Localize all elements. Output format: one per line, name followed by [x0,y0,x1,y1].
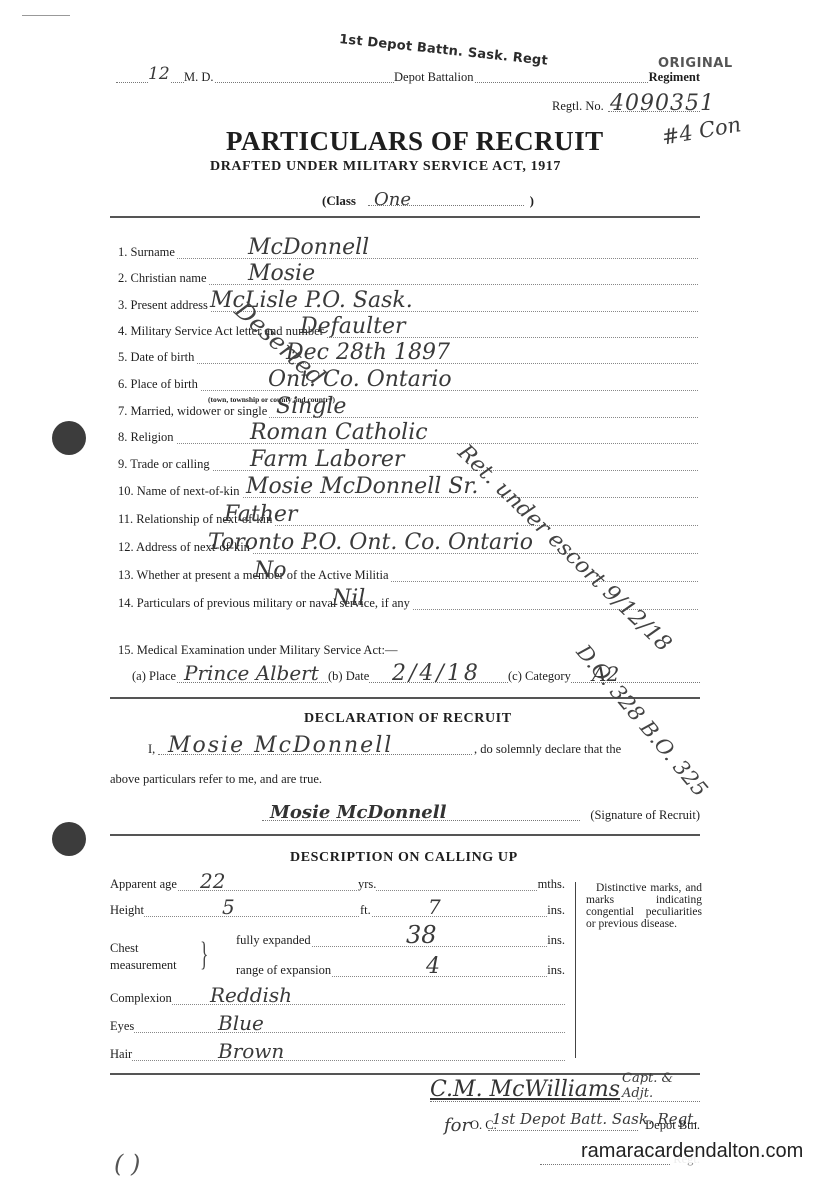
range-expansion-ins: ins. [547,963,565,978]
fully-expanded-label: fully expanded [236,933,311,948]
apparent-age-label: Apparent age [110,877,177,892]
divider-declaration [110,834,700,836]
eyes-row: Eyes Blue [110,1014,565,1038]
particulars-row: 12. Address of next-of-kinToronto P.O. O… [118,533,698,559]
hair-row: Hair Brown [110,1042,565,1066]
height-ft-value: 5 [222,895,235,919]
complexion-label: Complexion [110,991,172,1006]
divider-description [110,1073,700,1075]
declaration-text-line2: above particulars refer to me, and are t… [110,772,322,787]
field-value: Toronto P.O. Ont. Co. Ontario [208,530,533,555]
particulars-row: 5. Date of birthDec 28th 1897 [118,343,698,369]
signature-line: Mosie McDonnell (Signature of Recruit) [262,800,700,826]
complexion-value: Reddish [210,983,292,1007]
eyes-value: Blue [218,1011,264,1035]
particulars-row: 9. Trade or callingFarm Laborer [118,450,698,476]
field-label: 7. Married, widower or single [118,404,269,418]
field-label: 1. Surname [118,245,177,259]
ins-label: ins. [547,903,565,918]
officer-signature-line: C.M. McWilliams Capt. & Adjt. [430,1076,700,1106]
apparent-age-value: 22 [200,869,225,893]
field-value: Single [276,394,346,419]
field-label: 4. Military Service Act letter and numbe… [118,324,326,338]
particulars-row: 10. Name of next-of-kinMosie McDonnell S… [118,477,698,503]
declaration-name: Mosie McDonnell [168,733,393,758]
eyes-label: Eyes [110,1019,134,1034]
field-value: Mosie McDonnell Sr. [246,474,478,499]
marks-divider [575,882,576,1058]
class-close: ) [530,193,534,209]
apparent-age-row: Apparent age 22 yrs. mths. [110,872,565,896]
punch-hole-bottom [52,822,86,856]
regiment-label: Regiment [649,70,700,85]
height-label: Height [110,903,144,918]
class-field: (Class One ) [322,191,534,211]
place-label: (a) Place [132,669,176,684]
chest-label: Chest measurement [110,940,177,974]
battalion-stamp: 1st Depot Battn. Sask. Regt [338,32,548,69]
field-label: 6. Place of birth [118,377,200,391]
recruit-signature: Mosie McDonnell [270,802,446,823]
particulars-row: 11. Relationship of next-of-kinFather [118,505,698,531]
oc-line: for O. C. 1st Depot Batt. Sask. Regt. De… [440,1108,700,1136]
hair-value: Brown [218,1039,284,1063]
field-label: 2. Christian name [118,271,209,285]
chest-label-1: Chest [110,940,177,957]
field-value: McDonnell [248,235,369,260]
date-label: (b) Date [328,669,369,684]
depot-battalion-label: Depot Battalion [394,70,474,85]
field-value: Mosie [248,261,315,286]
field-value: Defaulter [300,314,406,339]
date-value: 2/4/18 [392,661,481,686]
range-expansion-row: range of expansion 4 ins. [236,958,565,982]
officer-title: Capt. & Adjt. [622,1071,700,1101]
signature-label: (Signature of Recruit) [590,808,700,823]
category-label: (c) Category [508,669,571,684]
declaration-text: , do solemnly declare that the [474,742,621,757]
declaration-prefix: I, [148,742,155,757]
watermark: ramaracardendalton.com [577,1140,807,1163]
handwritten-annotation: #4 Con [660,112,743,150]
field-label: 10. Name of next-of-kin [118,484,242,498]
field-label: 5. Date of birth [118,350,196,364]
chest-label-2: measurement [110,957,177,974]
divider-top [110,216,700,218]
range-expansion-label: range of expansion [236,963,331,978]
yrs-label: yrs. [358,877,376,892]
height-row: Height 5 ft. 7 ins. [110,898,565,922]
particulars-row: 2. Christian nameMosie [118,264,698,290]
oc-prefix: for [444,1115,470,1136]
field-label: 3. Present address [118,298,210,312]
field-value: Father [224,502,297,527]
hair-label: Hair [110,1047,132,1062]
description-heading: DESCRIPTION ON CALLING UP [290,850,518,866]
pen-stroke: ( ) [114,1150,140,1178]
fully-expanded-row: fully expanded 38 ins. [236,928,565,952]
regtl-no-label: Regtl. No. [552,99,604,114]
complexion-row: Complexion Reddish [110,986,565,1010]
medical-heading: 15. Medical Examination under Military S… [118,643,397,658]
particulars-row: 8. ReligionRoman Catholic [118,423,698,449]
particulars-row: 3. Present addressMcLisle P.O. Sask. [118,291,698,317]
field-value: No [254,558,287,583]
particulars-row: 6. Place of birthOnt. Co. Ontario(town, … [118,370,698,396]
officer-signature: C.M. McWilliams [430,1077,620,1102]
particulars-row: 1. SurnameMcDonnell [118,238,698,264]
regtl-no: Regtl. No. 4090351 [552,94,700,116]
fully-expanded-value: 38 [406,921,437,949]
distinctive-marks-label: Distinctive marks, and marks indicating … [586,882,702,930]
class-value: One [374,189,411,210]
place-value: Prince Albert [184,661,319,685]
fully-expanded-ins: ins. [547,933,565,948]
regtl-no-value: 4090351 [610,91,715,116]
md-value: 12 [148,64,170,84]
range-expansion-value: 4 [426,954,440,979]
page-title: PARTICULARS OF RECRUIT [226,126,604,157]
declaration-heading: DECLARATION OF RECRUIT [304,711,512,727]
chest-brace: } [200,936,208,974]
page-subtitle: DRAFTED UNDER MILITARY SERVICE ACT, 1917 [210,159,561,175]
field-value: Nil [332,586,365,611]
depot-btn-label: Depot Btn. [645,1118,700,1133]
field-value: Roman Catholic [250,420,428,445]
declaration-line: I, Mosie McDonnell , do solemnly declare… [148,734,698,760]
field-label: 14. Particulars of previous military or … [118,596,412,610]
mths-label: mths. [538,877,565,892]
header-line: 12 M. D. Depot Battalion Regiment [116,68,700,86]
field-value: Farm Laborer [250,447,404,472]
md-label: M. D. [184,70,214,85]
scan-artifact [22,15,70,16]
class-label: (Class [322,193,356,209]
field-label: 8. Religion [118,430,176,444]
field-label: 9. Trade or calling [118,457,212,471]
height-ins-value: 7 [428,895,441,919]
ft-label: ft. [360,903,371,918]
punch-hole-top [52,421,86,455]
